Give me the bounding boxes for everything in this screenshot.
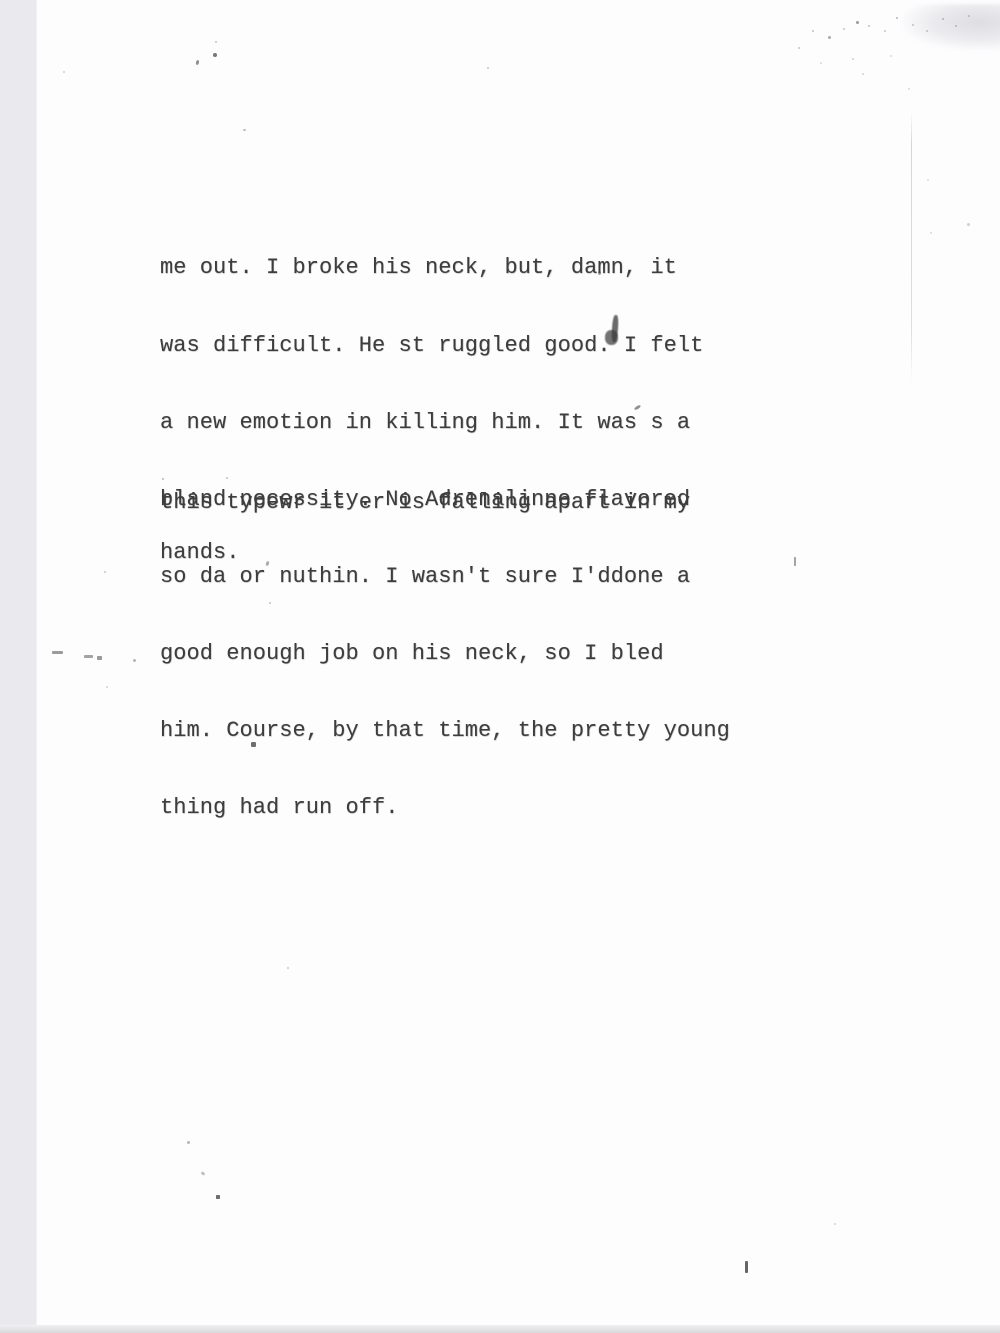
typed-paragraph-1: me out. I broke his neck, but, damn, it … — [160, 204, 730, 872]
scan-speck — [243, 129, 246, 131]
scan-speck — [187, 1141, 190, 1144]
scan-speck — [226, 477, 228, 479]
scan-speck — [834, 1223, 836, 1225]
scan-speck — [955, 25, 957, 27]
typed-line: good enough job on his neck, so I bled — [160, 641, 730, 667]
scanner-edge-left — [0, 0, 37, 1333]
scan-speck — [828, 36, 831, 39]
scan-speck — [63, 71, 65, 73]
scan-speck — [890, 55, 892, 57]
scanned-document-page: me out. I broke his neck, but, damn, it … — [0, 0, 1000, 1333]
ink-smudge — [605, 330, 618, 345]
scan-speck — [884, 30, 886, 32]
scan-speck — [927, 179, 929, 181]
typed-line: me out. I broke his neck, but, damn, it — [160, 255, 730, 281]
scan-speck — [942, 18, 944, 20]
typed-line: so da or nuthin. I wasn't sure I'ddone a — [160, 564, 730, 590]
typed-paragraph-2-line-1: this typewr it er is falling apart in my — [160, 490, 690, 516]
scan-speck — [195, 60, 199, 66]
typed-paragraph-2-line-2: hands. — [160, 540, 240, 566]
scan-speck — [852, 58, 854, 60]
typed-line: a new emotion in killing him. It was s a — [160, 410, 730, 436]
scan-vertical-line — [911, 112, 912, 384]
scan-speck — [133, 659, 136, 662]
scan-speck — [287, 967, 289, 969]
scan-speck — [269, 602, 271, 604]
scan-speck — [896, 17, 898, 19]
scan-speck — [215, 41, 217, 43]
typed-line: thing had run off. — [160, 795, 730, 821]
scan-speck — [798, 47, 800, 49]
scan-speck — [97, 656, 102, 660]
typed-line: was difficult. He st ruggled good. I fel… — [160, 333, 730, 359]
scan-speck — [52, 651, 63, 654]
scan-speck — [794, 557, 796, 566]
scan-speck — [908, 88, 910, 90]
scan-speck — [598, 271, 601, 275]
scan-speck — [930, 232, 932, 234]
scan-speck — [820, 62, 822, 64]
scan-speck — [926, 30, 928, 32]
scan-speck — [519, 576, 521, 578]
scan-speck — [967, 223, 970, 226]
scan-speck — [84, 655, 93, 658]
scan-speck — [843, 28, 845, 30]
scan-speck — [912, 24, 914, 26]
scan-speck — [104, 571, 106, 573]
scan-speck — [251, 742, 256, 747]
scan-speck — [968, 15, 970, 17]
scan-speck — [213, 53, 217, 57]
scan-speck — [862, 73, 864, 75]
scan-speck — [201, 1171, 206, 1176]
scan-smudge-top-right — [902, 4, 1000, 50]
scan-speck — [216, 1195, 220, 1199]
scan-speck — [106, 686, 108, 688]
scan-speck — [868, 25, 870, 27]
scan-speck — [162, 478, 164, 480]
typed-line: him. Course, by that time, the pretty yo… — [160, 718, 730, 744]
scan-speck — [856, 21, 859, 24]
scan-speck — [745, 1261, 748, 1273]
scanner-edge-bottom — [0, 1325, 1000, 1333]
scan-speck — [487, 67, 489, 69]
scan-speck — [812, 30, 814, 32]
